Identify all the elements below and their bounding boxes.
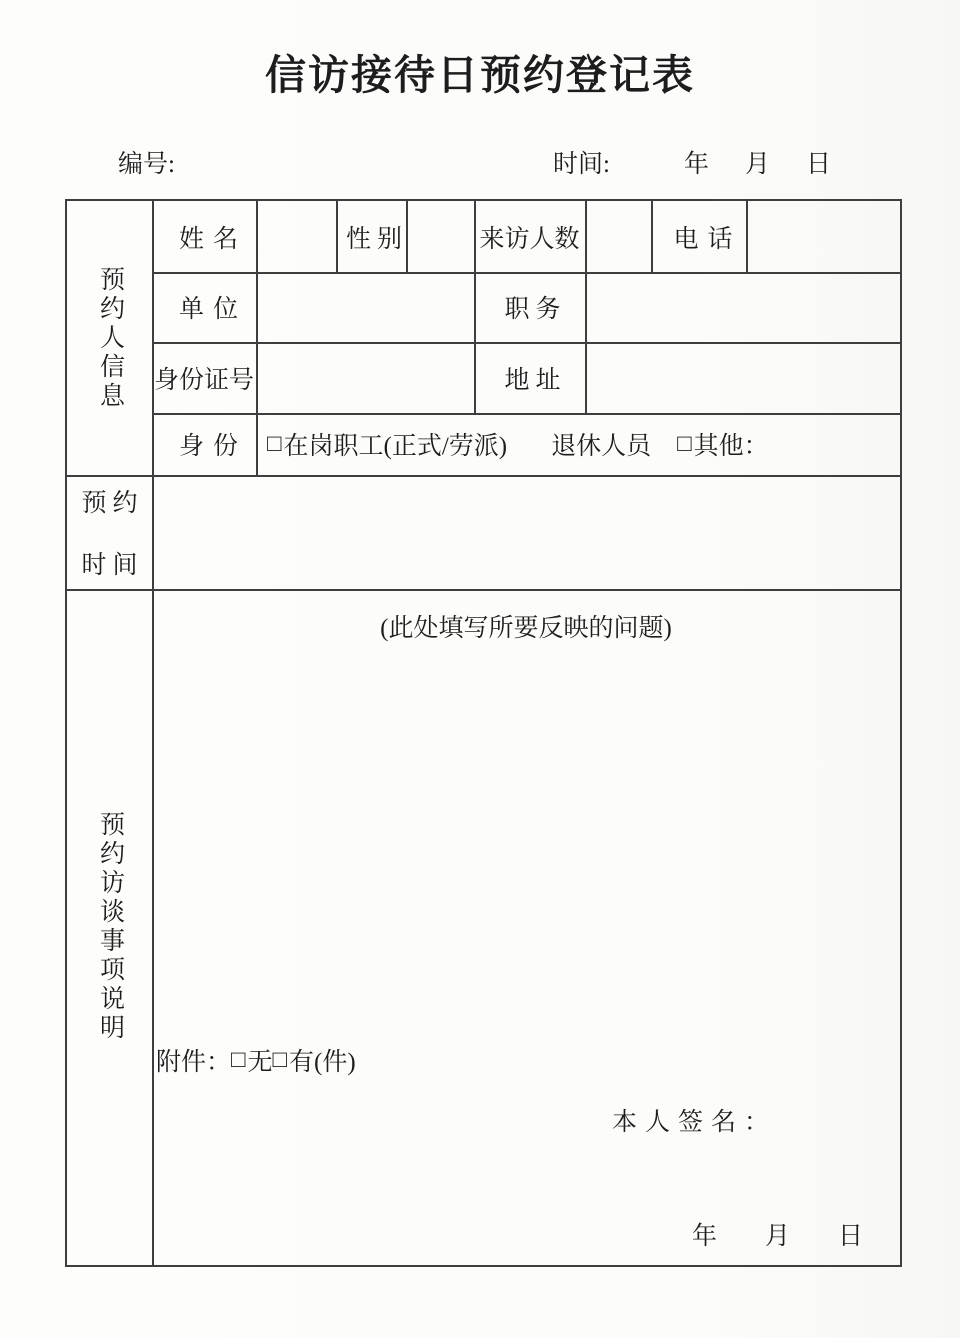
attachment-option-have: □ 有(件)	[273, 1042, 356, 1078]
attachment-option-label: 有(件)	[289, 1042, 356, 1078]
identity-options-cell: □ 在岗职工(正式/劳派) 退休人员 □ 其他：	[256, 413, 900, 475]
matters-hint-text: (此处填写所要反映的问题)	[152, 609, 900, 643]
bottom-date: 年 月 日	[692, 1217, 863, 1251]
time-label: 时间:	[553, 144, 610, 180]
matters-section-label: 预约访谈事项说明	[67, 589, 152, 1265]
attachment-option-none: □ 无	[231, 1042, 273, 1078]
checkbox-icon: □	[267, 431, 282, 458]
unit-value-cell	[256, 272, 474, 342]
attachment-option-label: 无	[248, 1042, 273, 1078]
applicant-info-section-label: 预约人信息	[67, 201, 152, 475]
phone-value-cell	[746, 201, 900, 272]
address-label: 地址	[474, 342, 591, 413]
checkbox-icon: □	[231, 1047, 246, 1074]
signature-label: 本人签名：	[612, 1103, 777, 1137]
day-label: 日	[838, 1216, 863, 1252]
appointment-time-label: 预约 时间	[67, 475, 152, 589]
identity-option-employee: □ 在岗职工(正式/劳派)	[267, 426, 507, 462]
gender-value-cell	[406, 201, 474, 272]
name-value-cell	[256, 201, 336, 272]
identity-option-label: 其他：	[694, 426, 769, 462]
identity-option-other: □ 其他：	[677, 426, 769, 462]
visitors-label: 来访人数	[474, 201, 585, 272]
phone-label: 电话	[651, 201, 755, 272]
id-number-label: 身份证号	[152, 342, 256, 413]
identity-label: 身份	[152, 413, 265, 475]
day-label: 日	[806, 144, 831, 180]
name-label: 姓名	[152, 201, 265, 272]
serial-number-label: 编号:	[118, 144, 175, 180]
position-value-cell	[585, 272, 900, 342]
appointment-time-label-line2: 时间	[75, 545, 143, 581]
table-gridline	[67, 589, 900, 591]
id-number-value-cell	[256, 342, 474, 413]
attachment-row: 附件： □ 无 □ 有(件)	[156, 1043, 656, 1077]
position-label: 职务	[474, 272, 591, 342]
appointment-time-value-cell	[152, 475, 900, 589]
year-label: 年	[684, 144, 709, 180]
appointment-time-label-line1: 预约	[75, 483, 143, 519]
year-label: 年	[692, 1216, 717, 1252]
checkbox-icon: □	[677, 431, 692, 458]
identity-option-label: 退休人员	[551, 426, 651, 462]
form-title: 信访接待日预约登记表	[0, 42, 960, 101]
visitors-value-cell	[585, 201, 651, 272]
header-date: 年 月 日	[684, 144, 831, 180]
address-value-cell	[585, 342, 900, 413]
gender-label: 性别	[336, 201, 412, 272]
identity-option-label: 在岗职工(正式/劳派)	[284, 426, 508, 462]
registration-form-page: 信访接待日预约登记表 编号: 时间: 年 月 日 预约人信息 姓名 性别 来访人…	[0, 0, 960, 1338]
month-label: 月	[765, 1216, 790, 1252]
month-label: 月	[745, 144, 770, 180]
checkbox-icon: □	[273, 1047, 288, 1074]
registration-table: 预约人信息 姓名 性别 来访人数 电话 单位 职务 身份证号 地址 身份 □ 在…	[65, 199, 902, 1267]
attachment-label: 附件：	[156, 1042, 231, 1078]
unit-label: 单位	[152, 272, 265, 342]
identity-option-retired: 退休人员	[551, 426, 651, 462]
